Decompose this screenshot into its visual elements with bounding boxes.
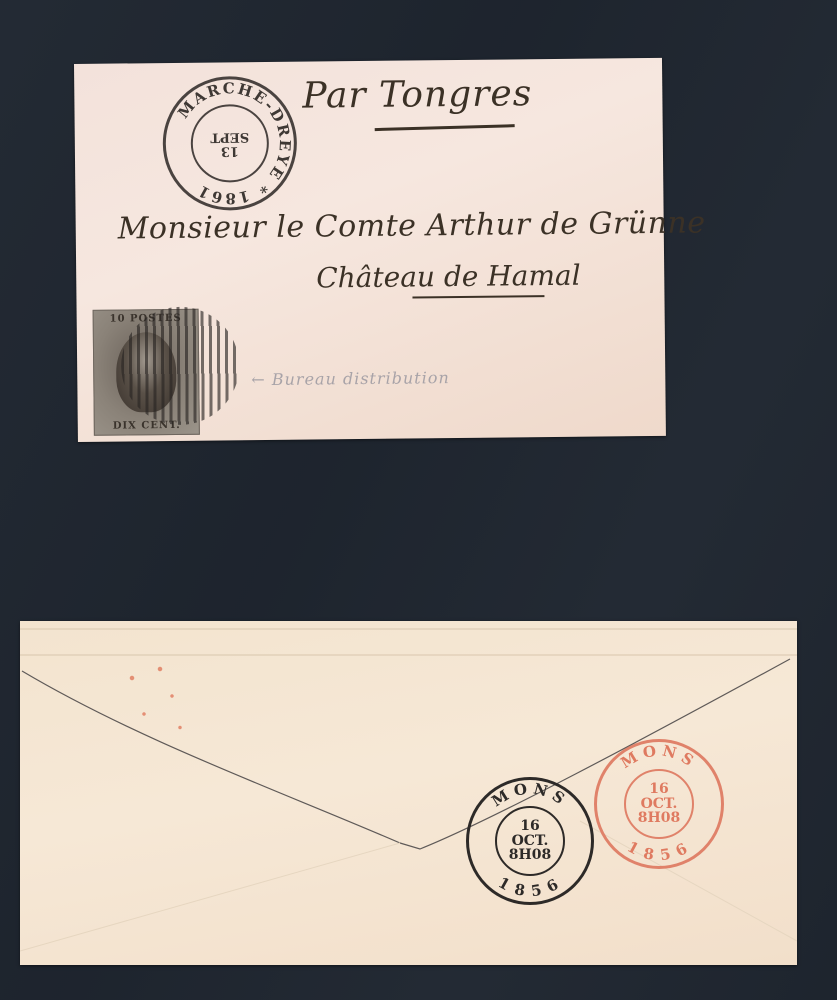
envelope-front: 13 SEPT MARCHE-DREYE * 1861 Par Tongres … [74,58,666,442]
red-ink-traces [116,651,196,741]
routing-underline [375,124,515,131]
ring-bottom-text: 1856 [624,838,693,865]
addressee: Monsieur le Comte Arthur de Grünne [118,205,706,246]
front-postmark: 13 SEPT MARCHE-DREYE * 1861 [162,76,297,211]
svg-text:MONS: MONS [617,741,701,772]
front-postmark-ring: MARCHE-DREYE * 1861 [165,79,294,208]
black-postmark-ring: MONS 1856 [469,780,591,902]
svg-text:MARCHE-DREYE * 1861: MARCHE-DREYE * 1861 [174,79,295,208]
ring-top-text: MONS [488,779,572,810]
destination: Château de Hamal [316,259,581,295]
svg-text:1856: 1856 [495,873,565,900]
back-postmark-red: 16 OCT. 8H08 MONS 1856 [594,739,724,869]
back-postmark-black: 16 OCT. 8H08 MONS 1856 [466,777,594,905]
svg-text:1856: 1856 [624,838,693,865]
postmark-ring-text: MARCHE-DREYE * 1861 [174,79,295,208]
envelope-back: 16 OCT. 8H08 MONS 1856 16 OCT. 8H [20,621,797,965]
ring-top-text: MONS [617,741,701,772]
barred-cancel [121,306,240,425]
red-postmark-ring: MONS 1856 [597,742,721,866]
ring-bottom-text: 1856 [495,873,565,900]
svg-text:MONS: MONS [488,779,572,810]
destination-underline [412,295,544,298]
routing-note: Par Tongres [302,73,532,116]
pencil-note: ← Bureau distribution [251,368,450,389]
